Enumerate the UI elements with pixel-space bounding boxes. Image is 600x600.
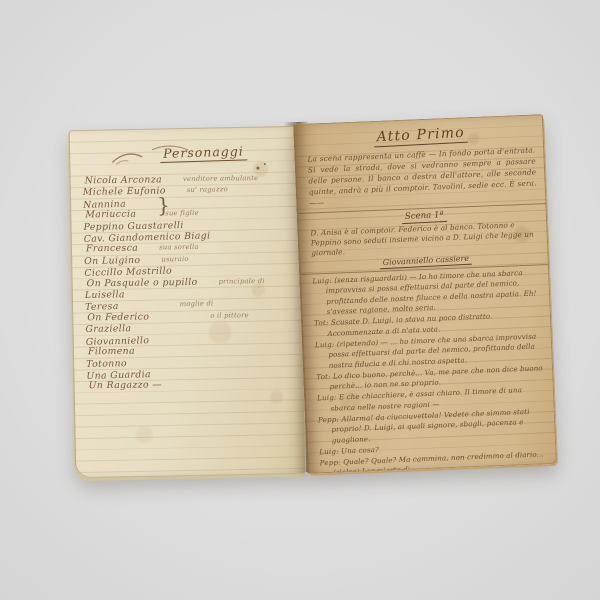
cast-member-note: moglie di xyxy=(180,299,214,311)
speaker-label: Tot: xyxy=(316,372,331,382)
cast-member-name: Mariuccia xyxy=(85,209,136,221)
cast-member-name: Graziella xyxy=(85,323,131,335)
cast-list-title-text: Personaggi xyxy=(160,143,247,163)
speaker-label: Luig: xyxy=(312,275,332,285)
speaker-label: Luig: xyxy=(319,446,339,456)
speaker-label: Luig: xyxy=(317,393,337,403)
cast-list: Nicola Arconza venditore ambulante Miche… xyxy=(83,172,296,393)
scene-heading-text: Scena 1ª xyxy=(401,209,446,223)
cast-brace: } xyxy=(157,200,170,212)
speaker-label: Pepp: xyxy=(318,414,339,424)
cast-member-note: o il pittore xyxy=(210,310,249,322)
act-title-text: Atto Primo xyxy=(373,125,468,148)
cast-member-name: Un Ragazzo — xyxy=(89,380,163,392)
right-page-content: Atto Primo La scena rappresenta un caffè… xyxy=(295,115,556,473)
speaker-label: Tot: xyxy=(314,318,329,328)
speaker-label: Pepp: xyxy=(320,457,341,467)
cast-member-name: Luisella xyxy=(85,289,125,301)
speaker-label: Luig: xyxy=(315,339,335,349)
cast-member-name: On Federico xyxy=(87,311,149,323)
act-title: Atto Primo xyxy=(306,122,535,149)
left-page-content: Personaggi Nicola Arconza venditore ambu… xyxy=(70,127,306,477)
dialogue-list: Luig: (senza risguardarli) — Io ho timor… xyxy=(312,267,551,474)
cast-member-note: su' ragazzo xyxy=(187,185,228,197)
opening-stage-directions: La scena rappresenta un caffè — In fondo… xyxy=(307,145,537,209)
right-page: Atto Primo La scena rappresenta un caffè… xyxy=(293,114,557,474)
photo-backdrop: Personaggi Nicola Arconza venditore ambu… xyxy=(0,0,600,600)
cast-member-name: On Luigino xyxy=(84,255,140,267)
cast-member-note: sua sorella xyxy=(159,242,199,254)
dialogue-text: Una cosa? xyxy=(341,445,379,456)
cast-member-name: Michele Eufonio xyxy=(83,186,166,199)
cast-member-name: Nicola Arconza xyxy=(85,174,163,186)
cast-member-name: Totonno xyxy=(86,358,127,370)
dialogue-text: (senza risguardarli) — Io ho timore che … xyxy=(326,268,537,316)
cast-member-name: Francesca xyxy=(86,243,138,255)
cast-member-note: sue figlie xyxy=(165,208,199,220)
left-page: Personaggi Nicola Arconza venditore ambu… xyxy=(69,126,307,478)
cast-member-note: usuraio xyxy=(161,254,188,266)
cast-member-name: Filomena xyxy=(88,346,135,358)
cast-row: Un Ragazzo — xyxy=(89,378,298,392)
ink-spots xyxy=(256,167,259,170)
cast-member-name: On Pasquale o pupillo xyxy=(87,277,198,289)
